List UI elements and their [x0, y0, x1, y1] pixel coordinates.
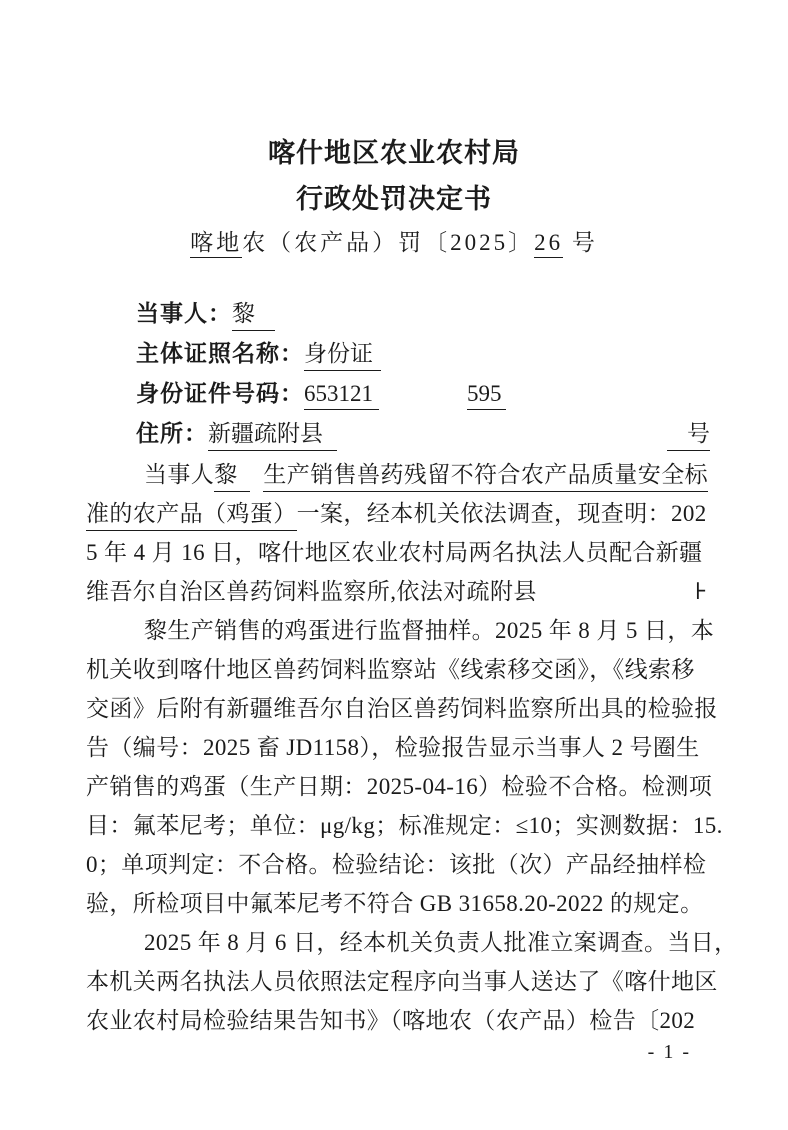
party-name-field: 当事人：黎 — [88, 295, 710, 335]
body-line: 机关收到喀什地区兽药饲料监察站《线索移交函》，《线索移 — [86, 651, 708, 690]
body-text-run: 产销售的鸡蛋（生产日期：2025-04-16）检验不合格。检测项 — [86, 768, 712, 801]
address-value: 新疆疏附县 — [208, 415, 337, 451]
license-type-field: 主体证照名称：身份证 — [88, 335, 710, 375]
body-line: 产销售的鸡蛋（生产日期：2025-04-16）检验不合格。检测项 — [86, 768, 708, 807]
body-text-run: 黎 — [214, 456, 249, 492]
body-text-run: 告（编号：2025 畜 JD1158），检验报告显示当事人 2 号圈生 — [86, 729, 700, 762]
body-text-run: 生产销售的鸡蛋进行监督抽样。2025 年 8 月 5 日，本 — [167, 612, 714, 645]
body-text-run: 目：氟苯尼考；单位：μg/kg；标准规定：≤10；实测数据：15. — [86, 807, 723, 840]
redacted-gap — [250, 481, 264, 482]
id-number-label: 身份证件号码： — [136, 375, 304, 408]
org-title: 喀什地区农业农村局 — [0, 130, 788, 176]
document-page: 喀什地区农业农村局 行政处罚决定书 喀地农（农产品）罚〔2025〕26 号 当事… — [0, 0, 788, 1130]
id-number-value: 595 — [467, 381, 506, 410]
doc-number: 喀地农（农产品）罚〔2025〕26 号 — [0, 224, 788, 257]
body-text-run: 交函》后附有新疆维吾尔自治区兽药饲料监察所出具的检验报 — [86, 690, 718, 723]
doc-number-prefix: 喀地 — [190, 230, 242, 258]
party-info-section: 当事人：黎主体证照名称：身份证身份证件号码：653121595住所：新疆疏附县号 — [88, 295, 710, 455]
body-line: 0；单项判定：不合格。检验结论：该批（次）产品经抽样检 — [86, 846, 708, 885]
id-number-value: 653121 — [304, 381, 379, 410]
party-name-label: 当事人： — [136, 295, 232, 328]
body-line: 本机关两名执法人员依照法定程序向当事人送达了《喀什地区 — [86, 963, 708, 1002]
body-line: 黎生产销售的鸡蛋进行监督抽样。2025 年 8 月 5 日，本 — [86, 612, 708, 651]
body-text-run: ⊦ — [695, 579, 708, 605]
body-line: 农业农村局检验结果告知书》（喀地农（农产品）检告〔202 — [86, 1002, 708, 1041]
body-text-run: 机关收到喀什地区兽药饲料监察站《线索移交函》，《线索移 — [86, 651, 695, 684]
address-field: 住所：新疆疏附县号 — [88, 415, 710, 455]
body-text-run: 5 年 4 月 16 日，喀什地区农业农村局两名执法人员配合新疆 — [86, 534, 703, 567]
body-line: 交函》后附有新疆维吾尔自治区兽药饲料监察所出具的检验报 — [86, 690, 708, 729]
party-name-value: 黎 — [232, 295, 275, 331]
body-text-run: 一案，经本机关依法调查，现查明：202 — [297, 495, 707, 528]
document-body: 当事人黎生产销售兽药残留不符合农产品质量安全标准的农产品（鸡蛋）一案，经本机关依… — [86, 456, 708, 1041]
body-text-run: 验，所检项目中氟苯尼考不符合 GB 31658.20-2022 的规定。 — [86, 885, 704, 918]
body-text-run: 当事人 — [144, 456, 214, 489]
body-line: 告（编号：2025 畜 JD1158），检验报告显示当事人 2 号圈生 — [86, 729, 708, 768]
body-text-run: 农业农村局检验结果告知书》（喀地农（农产品）检告〔202 — [86, 1002, 695, 1035]
address-label: 住所： — [136, 415, 208, 448]
body-line: 5 年 4 月 16 日，喀什地区农业农村局两名执法人员配合新疆 — [86, 534, 708, 573]
page-number: - 1 - — [648, 1041, 691, 1064]
redacted-gap — [379, 400, 467, 401]
body-line: 维吾尔自治区兽药饲料监察所,依法对疏附县⊦ — [86, 573, 708, 612]
document-header: 喀什地区农业农村局 行政处罚决定书 — [0, 130, 788, 222]
doc-number-suffix: 号 — [572, 230, 598, 255]
body-line: 准的农产品（鸡蛋）一案，经本机关依法调查，现查明：202 — [86, 495, 708, 534]
id-number-field: 身份证件号码：653121595 — [88, 375, 710, 415]
body-text-run: 维吾尔自治区兽药饲料监察所,依法对疏附县 — [86, 573, 537, 606]
body-text-run: 2025 年 8 月 6 日，经本机关负责人批准立案调查。当日， — [144, 924, 738, 957]
body-text-run: 生产销售兽药残留不符合农产品质量安全标 — [263, 456, 708, 492]
license-type-value: 身份证 — [304, 335, 381, 371]
body-text-run: 0；单项判定：不合格。检验结论：该批（次）产品经抽样检 — [86, 846, 706, 879]
body-text-run: 黎 — [144, 612, 167, 645]
doc-title: 行政处罚决定书 — [0, 176, 788, 222]
body-line: 当事人黎生产销售兽药残留不符合农产品质量安全标 — [86, 456, 708, 495]
body-text-run: 本机关两名执法人员依照法定程序向当事人送达了《喀什地区 — [86, 963, 718, 996]
doc-number-serial: 26 — [534, 230, 563, 258]
body-line: 目：氟苯尼考；单位：μg/kg；标准规定：≤10；实测数据：15. — [86, 807, 708, 846]
license-type-label: 主体证照名称： — [136, 335, 304, 368]
body-text-run: 准的农产品（鸡蛋） — [86, 495, 297, 531]
body-line: 验，所检项目中氟苯尼考不符合 GB 31658.20-2022 的规定。 — [86, 885, 708, 924]
doc-number-middle: 农（农产品）罚〔2025〕 — [242, 230, 534, 255]
body-line: 2025 年 8 月 6 日，经本机关负责人批准立案调查。当日， — [86, 924, 708, 963]
address-value: 号 — [667, 415, 710, 451]
